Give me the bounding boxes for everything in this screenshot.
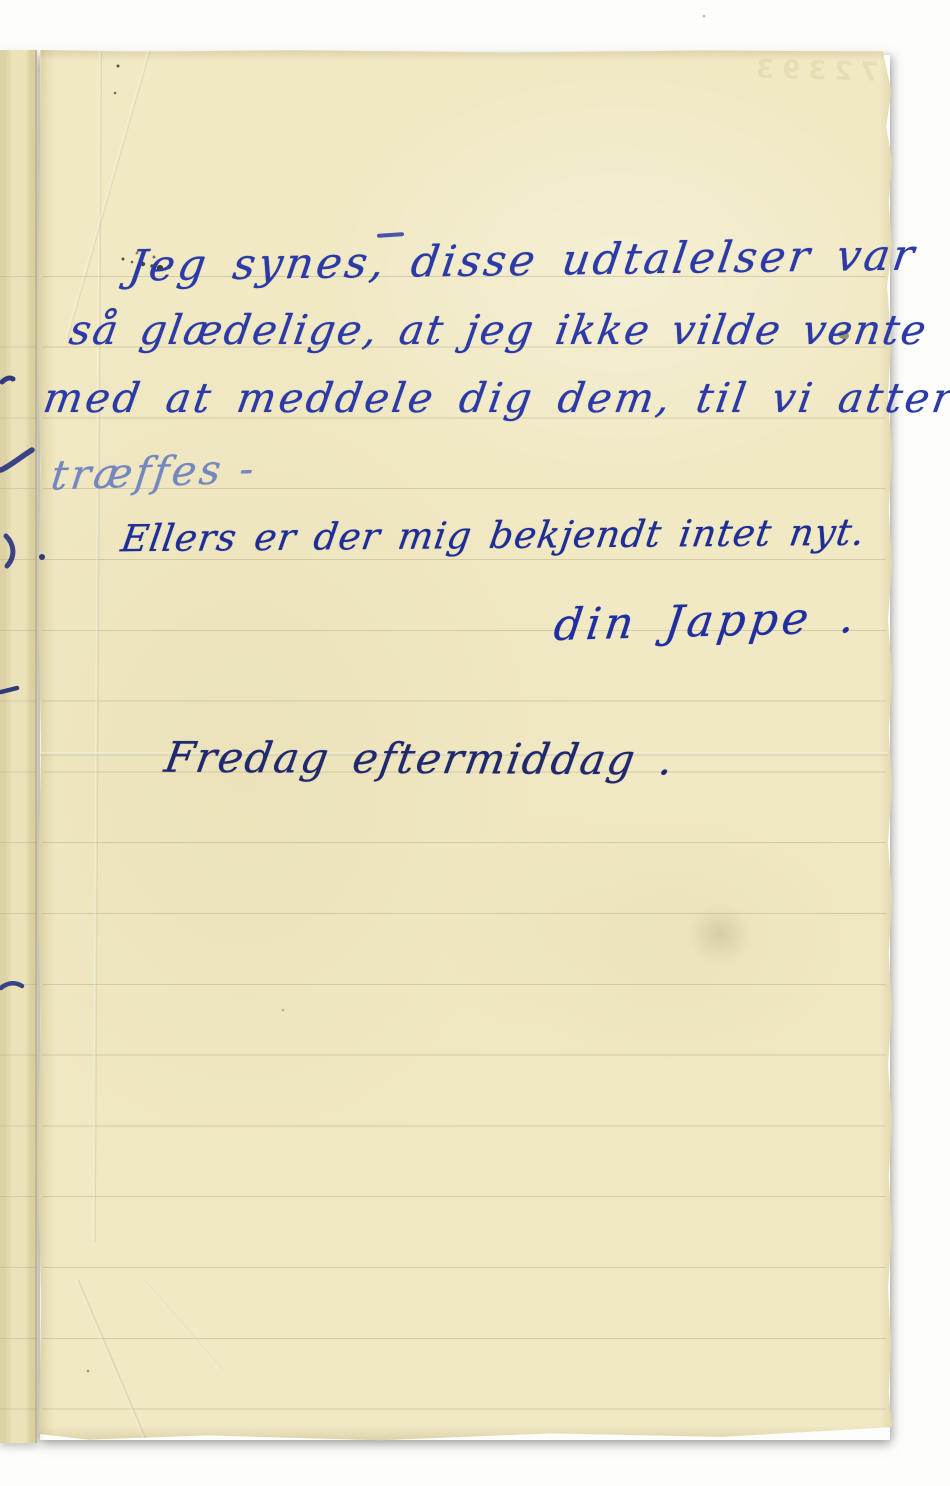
paper-stain bbox=[688, 903, 752, 965]
ink-smudge bbox=[122, 248, 124, 250]
handwriting-line-4: træffes - bbox=[49, 444, 260, 499]
handwriting-dateline: Fredag eftermiddag . bbox=[161, 733, 679, 785]
margin-ink-fragments bbox=[0, 0, 50, 1486]
handwriting-line-5: Ellers er der mig bekjendt intet nyt. bbox=[118, 511, 868, 560]
handwriting-signature: din Jappe . bbox=[551, 592, 862, 651]
handwriting-line-2: så glædelige, at jeg ikke vilde vente bbox=[66, 306, 931, 354]
paper-specks bbox=[0, 0, 2, 2]
faint-archive-number: 72393 bbox=[748, 54, 879, 87]
handwriting-line-3: med at meddele dig dem, til vi atter bbox=[40, 374, 950, 422]
letter-scan: 72393 Jeg synes, disse udtalelser var så… bbox=[0, 0, 950, 1486]
